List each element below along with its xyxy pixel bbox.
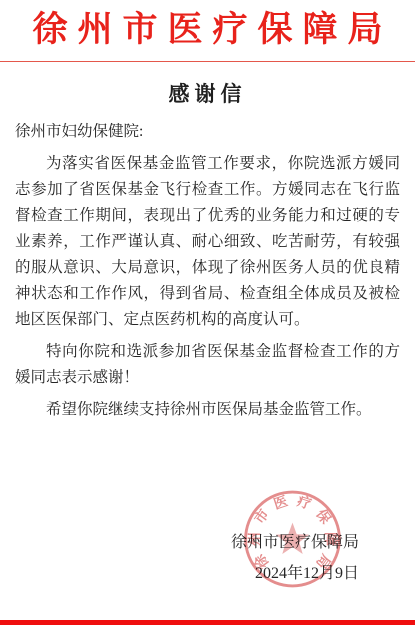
- salutation: 徐州市妇幼保健院:: [15, 119, 400, 145]
- seal-char: 医: [272, 493, 290, 512]
- seal-star-icon: [276, 523, 309, 554]
- header-divider: [0, 61, 415, 62]
- official-seal-stamp: 徐州市医疗保障局: [241, 488, 344, 590]
- letter-body: 徐州市妇幼保健院: 为落实省医保基金监管工作要求，你院选派方媛同志参加了省医保基…: [15, 119, 400, 423]
- org-header-title: 徐州市医疗保障局: [0, 0, 415, 48]
- seal-char: 州: [247, 532, 262, 546]
- footer-red-bar: [0, 620, 415, 625]
- paragraph-1: 为落实省医保基金监管工作要求，你院选派方媛同志参加了省医保基金飞行检查工作。方媛…: [15, 151, 400, 333]
- seal-char: 徐: [251, 551, 272, 572]
- letter-title: 感谢信: [0, 83, 415, 105]
- paragraph-2: 特向你院和选派参加省医保基金监督检查工作的方媛同志表示感谢！: [15, 339, 400, 391]
- seal-char: 保: [313, 506, 334, 527]
- letter-page: 徐州市医疗保障局 感谢信 徐州市妇幼保健院: 为落实省医保基金监管工作要求，你院…: [0, 0, 415, 634]
- seal-char: 障: [323, 532, 339, 546]
- seal-char: 市: [251, 506, 272, 527]
- paragraph-3: 希望你院继续支持徐州市医保局基金监管工作。: [15, 397, 400, 423]
